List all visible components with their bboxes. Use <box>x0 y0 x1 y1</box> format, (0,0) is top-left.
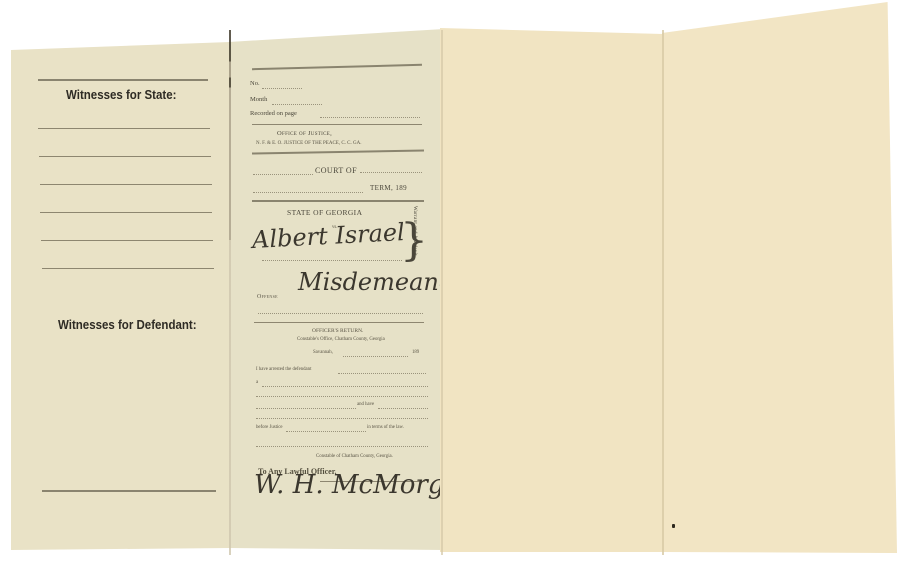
fold-crease <box>229 30 231 555</box>
witnesses-for-state-heading: Witnesses for State: <box>66 88 176 102</box>
constable-sig-field <box>256 446 428 447</box>
court-field-2 <box>360 172 422 173</box>
witness-line <box>42 268 214 269</box>
return-line-2: a <box>256 380 258 385</box>
office-line-1: Office of Justice, <box>277 130 332 137</box>
constable-sig-label: Constable of Chatham County, Georgia. <box>316 454 393 459</box>
return-field-1 <box>338 373 426 374</box>
fold-crease <box>441 30 443 555</box>
no-field <box>262 88 302 89</box>
return-line-4: before Justice <box>256 425 283 430</box>
state-of-georgia-label: STATE OF GEORGIA <box>287 208 362 217</box>
constable-office-label: Constable's Office, Chatham County, Geor… <box>297 337 385 342</box>
return-line-4b: in terms of the law. <box>367 425 404 430</box>
month-label: Month <box>250 96 267 103</box>
date-field <box>343 356 408 357</box>
blank-panel-2 <box>662 0 897 570</box>
defendant-field <box>262 260 402 261</box>
offense-field <box>258 313 423 314</box>
witness-line <box>39 156 211 157</box>
return-field-6 <box>256 418 428 419</box>
divider <box>254 322 424 323</box>
office-line-2: N. F. & E. O. JUSTICE OF THE PEACE, C. C… <box>256 141 362 146</box>
recorded-field <box>320 117 420 118</box>
ink-speck <box>672 524 675 528</box>
return-field-7 <box>286 431 366 432</box>
witness-line <box>40 184 212 185</box>
no-label: No. <box>250 80 260 87</box>
blank-panel-1 <box>440 0 663 570</box>
court-field <box>253 174 313 175</box>
return-field-5 <box>378 408 428 409</box>
witness-line <box>41 240 213 241</box>
witness-line <box>38 128 210 129</box>
offense-label: Offense <box>257 294 278 300</box>
term-field <box>253 192 363 193</box>
return-line-3: and have <box>357 402 374 407</box>
year-label: 189 <box>412 350 419 355</box>
return-field-4 <box>256 408 356 409</box>
bottom-rule <box>42 490 216 492</box>
top-rule <box>38 79 208 81</box>
fold-crease <box>662 30 664 555</box>
offense-handwritten: Misdemeanor <box>298 268 465 296</box>
return-field-3 <box>256 396 428 397</box>
officers-return-heading: OFFICER'S RETURN. <box>312 328 363 334</box>
brace: } <box>400 215 428 266</box>
term-label: TERM, 189 <box>370 184 407 192</box>
divider <box>252 200 424 202</box>
return-field-2 <box>262 386 428 387</box>
return-line-1: I have arrested the defendant <box>256 367 311 372</box>
witnesses-panel <box>11 0 230 570</box>
folded-document: Witnesses for State: Witnesses for Defen… <box>0 0 911 570</box>
month-field <box>272 104 322 105</box>
divider <box>252 124 422 125</box>
recorded-label: Recorded on page <box>250 110 297 117</box>
witnesses-for-defendant-heading: Witnesses for Defendant: <box>58 318 197 332</box>
savannah-label: Savannah, <box>313 350 333 355</box>
court-of-label: COURT OF <box>315 166 357 175</box>
witness-line <box>40 212 212 213</box>
